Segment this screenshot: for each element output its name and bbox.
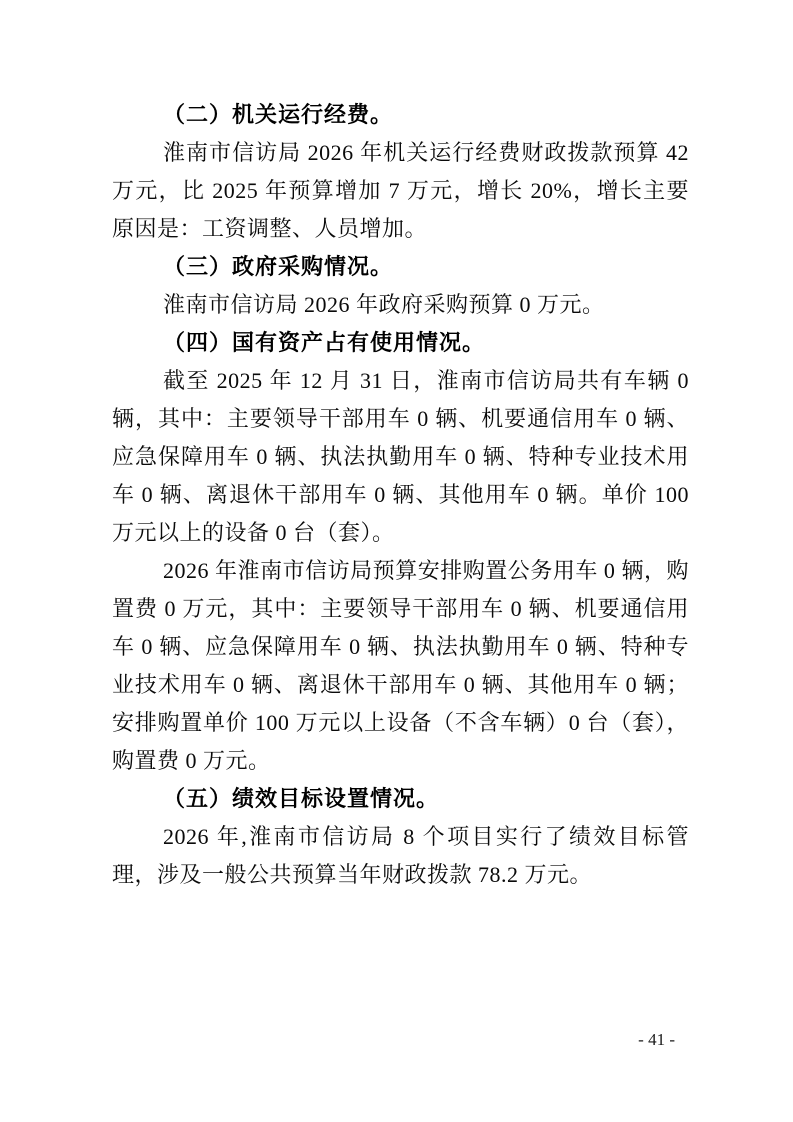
- section-heading-performance-targets: （五）绩效目标设置情况。: [112, 780, 689, 818]
- paragraph-agency-operating-funds: 淮南市信访局 2026 年机关运行经费财政拨款预算 42 万元，比 2025 年…: [112, 134, 689, 248]
- section-heading-state-assets: （四）国有资产占有使用情况。: [112, 324, 689, 362]
- paragraph-state-assets-planned: 2026 年淮南市信访局预算安排购置公务用车 0 辆，购置费 0 万元，其中：主…: [112, 552, 689, 780]
- document-page: （二）机关运行经费。 淮南市信访局 2026 年机关运行经费财政拨款预算 42 …: [0, 0, 793, 1122]
- paragraph-performance-targets: 2026 年,淮南市信访局 8 个项目实行了绩效目标管理，涉及一般公共预算当年财…: [112, 818, 689, 894]
- page-number: - 41 -: [638, 1030, 675, 1050]
- section-heading-government-procurement: （三）政府采购情况。: [112, 248, 689, 286]
- document-content: （二）机关运行经费。 淮南市信访局 2026 年机关运行经费财政拨款预算 42 …: [112, 96, 689, 894]
- section-heading-agency-operating-funds: （二）机关运行经费。: [112, 96, 689, 134]
- paragraph-state-assets-current: 截至 2025 年 12 月 31 日，淮南市信访局共有车辆 0 辆，其中：主要…: [112, 362, 689, 552]
- paragraph-government-procurement: 淮南市信访局 2026 年政府采购预算 0 万元。: [112, 286, 689, 324]
